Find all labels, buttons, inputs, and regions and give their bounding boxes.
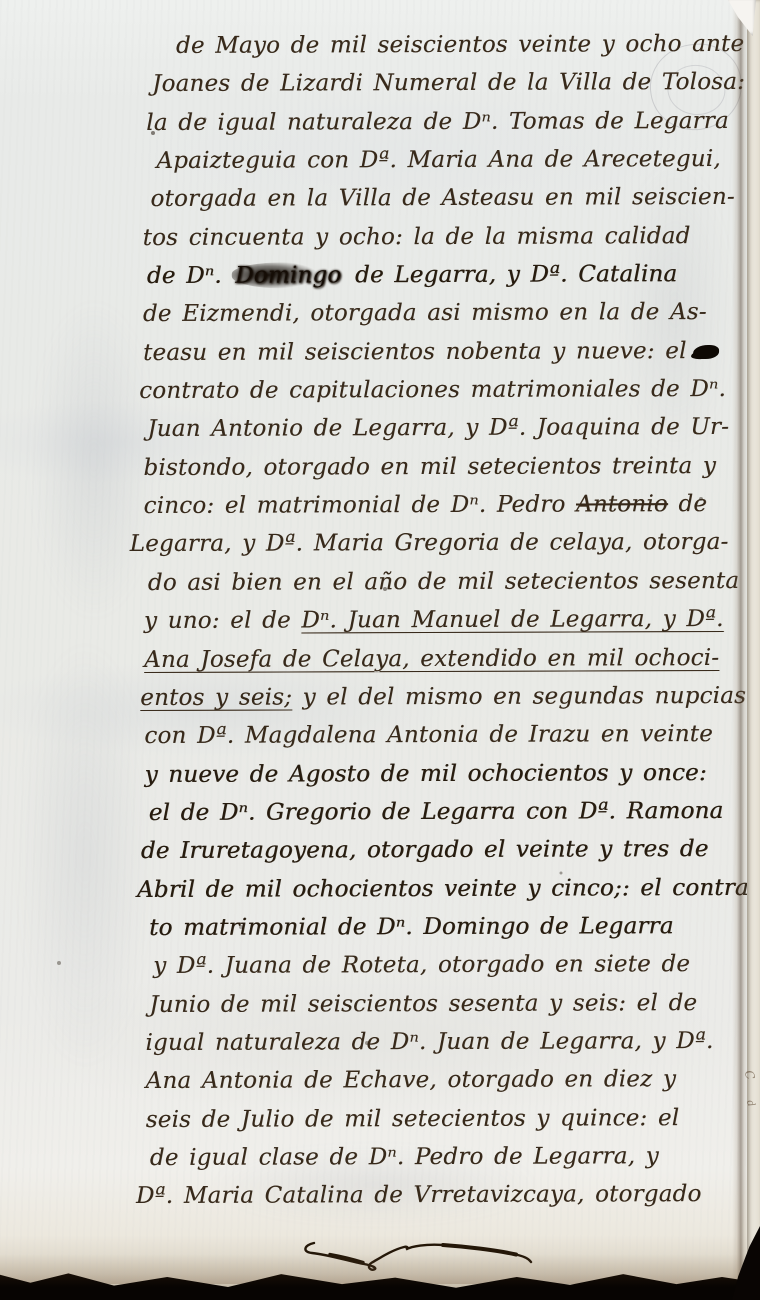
manuscript-line: do asi bien en el año de mil setecientos…	[148, 562, 726, 602]
manuscript-line: tos cincuenta y ocho: la de la misma cal…	[143, 217, 725, 257]
text-segment: do asi bien en el año de mil setecientos…	[148, 568, 739, 596]
ink-blotted-word: Domingo	[232, 262, 344, 288]
manuscript-line: de Dⁿ. Domingo de Legarra, y Dª. Catalin…	[147, 255, 725, 295]
text-segment: teasu en mil seiscientos nobenta y nueve…	[143, 338, 687, 366]
manuscript-line: Joanes de Lizardi Numeral de la Villa de…	[152, 63, 724, 103]
manuscript-line: otorgada en la Villa de Asteasu en mil s…	[150, 178, 724, 218]
text-segment: y el del mismo en segundas nupcias	[292, 683, 746, 711]
manuscript-line: entos y seis; y el del mismo en segundas…	[140, 677, 726, 717]
text-segment: Abril de mil ochocientos veinte y cinco;…	[137, 874, 757, 902]
manuscript-text: de Mayo de mil seiscientos veinte y ocho…	[138, 25, 728, 1216]
manuscript-line: seis de Julio de mil setecientos y quinc…	[146, 1099, 728, 1139]
manuscript-line: contrato de capitulaciones matrimoniales…	[139, 370, 725, 410]
text-segment: Ana Antonia de Echave, otorgado en diez …	[146, 1066, 677, 1094]
text-segment: to matrimonial de Dⁿ. Domingo de Legarra	[149, 913, 674, 941]
text-segment: el de Dⁿ. Gregorio de Legarra con Dª. Ra…	[149, 798, 724, 826]
manuscript-line: igual naturaleza de Dⁿ. Juan de Legarra,…	[145, 1022, 727, 1062]
manuscript-line: Apaizteguia con Dª. Maria Ana de Arecete…	[156, 140, 724, 180]
manuscript-line: Juan Antonio de Legarra, y Dª. Joaquina …	[147, 408, 725, 448]
manuscript-line: de Eizmendi, otorgada asi mismo en la de…	[143, 293, 725, 333]
manuscript-line: Junio de mil seiscientos sesenta y seis:…	[149, 984, 727, 1024]
text-segment: de	[668, 491, 707, 517]
paper-specks	[0, 0, 2, 2]
text-segment: contrato de capitulaciones matrimoniales…	[139, 376, 726, 404]
text-segment: cinco: el matrimonial de Dⁿ. Pedro	[144, 492, 576, 520]
scanned-manuscript-page: de Mayo de mil seiscientos veinte y ocho…	[0, 0, 760, 1300]
manuscript-line: el de Dⁿ. Gregorio de Legarra con Dª. Ra…	[149, 792, 727, 832]
manuscript-line: con Dª. Magdalena Antonia de Irazu en ve…	[144, 715, 726, 755]
text-segment: y Dª. Juana de Roteta, otorgado en siete…	[153, 951, 690, 979]
manuscript-line: de igual clase de Dⁿ. Pedro de Legarra, …	[150, 1137, 728, 1177]
text-segment: de igual clase de Dⁿ. Pedro de Legarra, …	[150, 1143, 659, 1171]
text-segment: igual naturaleza de Dⁿ. Juan de Legarra,…	[145, 1028, 713, 1056]
text-segment: Dⁿ. Juan Manuel de Legarra, y Dª.	[301, 606, 723, 633]
text-segment: Ana Josefa de Celaya, extendido en mil o…	[144, 645, 719, 673]
text-segment: de Mayo de mil seiscientos veinte y ocho…	[176, 31, 744, 59]
struck-word: Antonio	[576, 491, 668, 517]
manuscript-line: y uno: el de Dⁿ. Juan Manuel de Legarra,…	[144, 600, 726, 640]
manuscript-line: bistondo, otorgado en mil setecientos tr…	[143, 447, 725, 487]
closing-flourish-rubric	[300, 1234, 535, 1272]
text-segment: entos y seis;	[140, 684, 292, 711]
text-segment: y uno: el de	[144, 608, 301, 635]
manuscript-line: de Mayo de mil seiscientos veinte y ocho…	[176, 25, 724, 65]
text-segment: de Eizmendi, otorgada asi mismo en la de…	[143, 299, 707, 327]
text-segment: seis de Julio de mil setecientos y quinc…	[146, 1105, 680, 1133]
text-segment: con Dª. Magdalena Antonia de Irazu en ve…	[144, 721, 713, 749]
text-segment: de Dⁿ.	[147, 263, 233, 289]
manuscript-line: Abril de mil ochocientos veinte y cinco;…	[137, 869, 727, 909]
manuscript-line: Legarra, y Dª. Maria Gregoria de celaya,…	[130, 523, 726, 563]
text-segment: de Iruretagoyena, otorgado el veinte y t…	[141, 836, 709, 864]
text-segment: la de igual naturaleza de Dⁿ. Tomas de L…	[146, 108, 729, 136]
ink-blot	[693, 345, 719, 359]
text-segment: Apaizteguia con Dª. Maria Ana de Arecete…	[156, 146, 721, 174]
text-segment: Legarra, y Dª. Maria Gregoria de celaya,…	[130, 529, 729, 557]
manuscript-line: to matrimonial de Dⁿ. Domingo de Legarra	[149, 907, 727, 947]
text-segment: Juan Antonio de Legarra, y Dª. Joaquina …	[147, 414, 729, 442]
manuscript-line: teasu en mil seiscientos nobenta y nueve…	[143, 332, 725, 372]
manuscript-line: la de igual naturaleza de Dⁿ. Tomas de L…	[146, 102, 724, 142]
manuscript-line: y Dª. Juana de Roteta, otorgado en siete…	[153, 945, 727, 985]
text-segment: tos cincuenta y ocho: la de la misma cal…	[143, 223, 691, 251]
text-segment: Dª. Maria Catalina de Vrretavizcaya, oto…	[136, 1181, 702, 1209]
text-segment: Joanes de Lizardi Numeral de la Villa de…	[152, 69, 745, 97]
manuscript-line: Ana Antonia de Echave, otorgado en diez …	[146, 1060, 728, 1100]
text-segment: y nueve de Agosto de mil ochocientos y o…	[144, 760, 706, 788]
text-segment: otorgada en la Villa de Asteasu en mil s…	[150, 184, 734, 212]
manuscript-line: de Iruretagoyena, otorgado el veinte y t…	[141, 830, 727, 870]
text-segment: Junio de mil seiscientos sesenta y seis:…	[149, 990, 697, 1018]
manuscript-line: y nueve de Agosto de mil ochocientos y o…	[144, 754, 726, 794]
text-segment: de Legarra, y Dª. Catalina	[344, 261, 677, 288]
manuscript-line: cinco: el matrimonial de Dⁿ. Pedro Anton…	[144, 485, 726, 525]
manuscript-line: Dª. Maria Catalina de Vrretavizcaya, oto…	[136, 1175, 728, 1215]
manuscript-line: Ana Josefa de Celaya, extendido en mil o…	[144, 638, 726, 678]
text-segment: bistondo, otorgado en mil setecientos tr…	[143, 453, 716, 481]
